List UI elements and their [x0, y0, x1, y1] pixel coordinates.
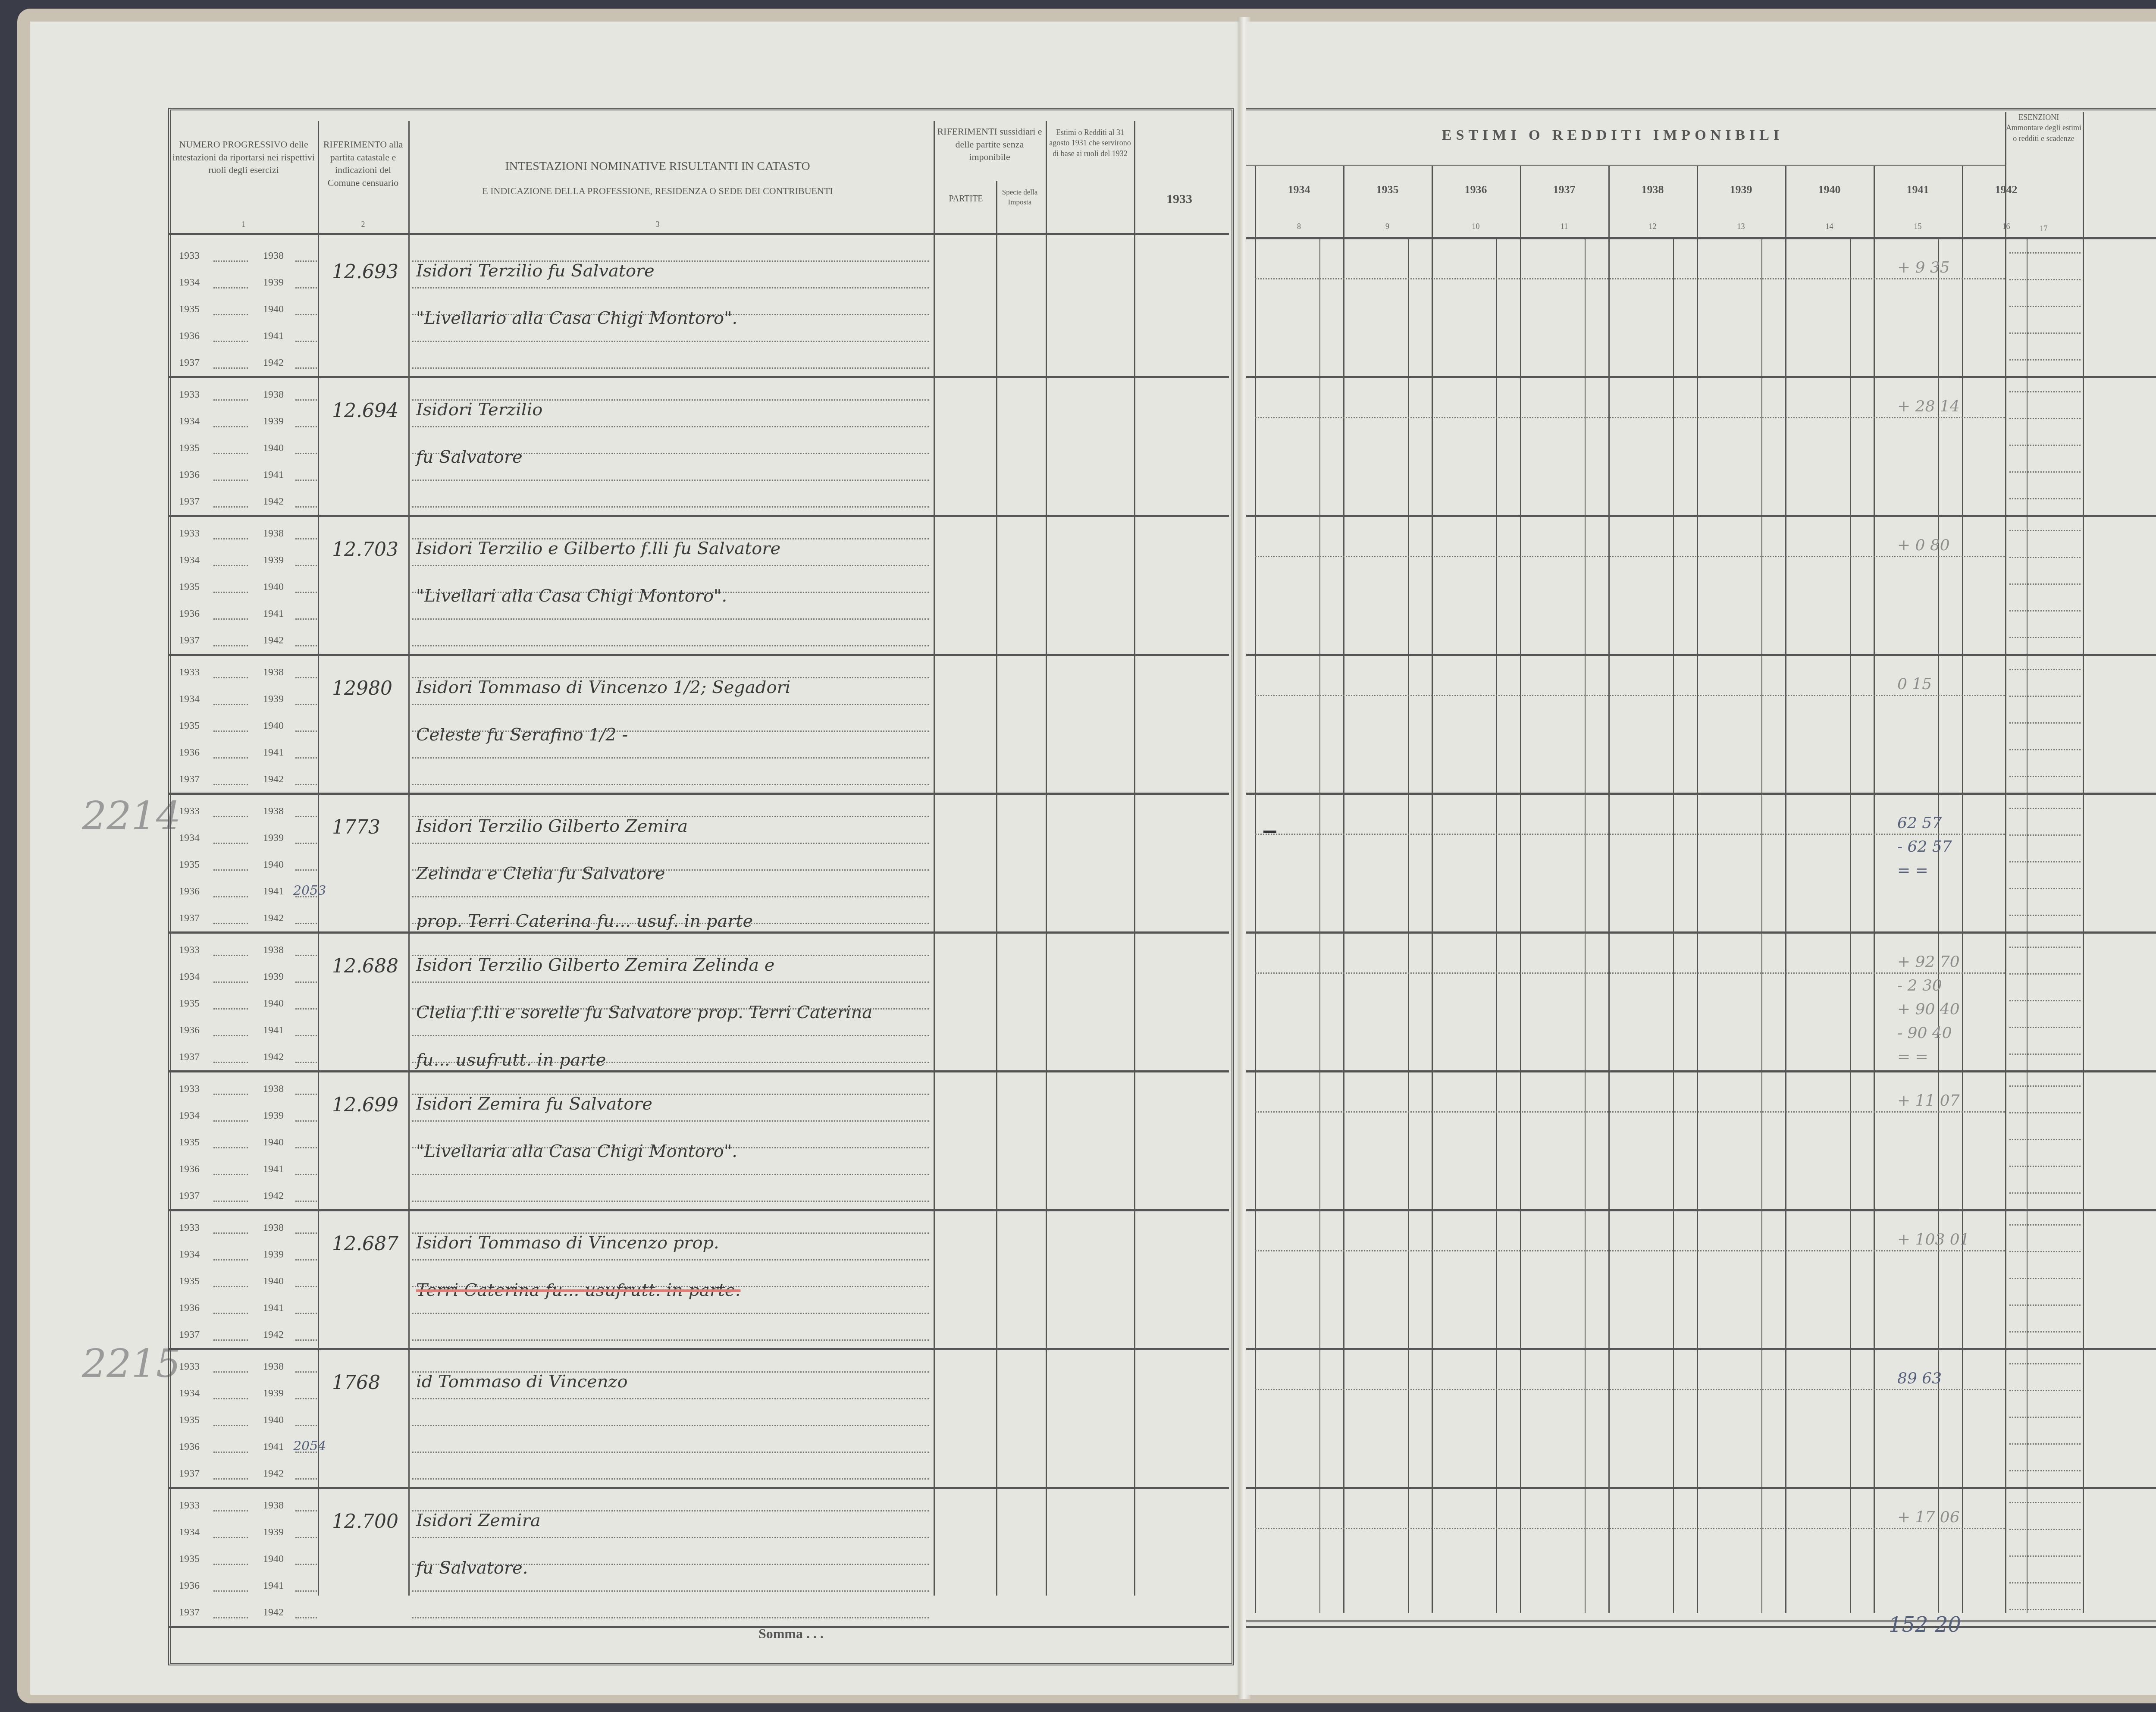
- dotted-rule: [2009, 915, 2081, 916]
- dotted-rule: [213, 1564, 248, 1565]
- dotted-rule: [2009, 359, 2081, 361]
- partita-number: 12.703: [332, 539, 398, 561]
- year-label: 1934: [179, 277, 200, 288]
- row-rule: [1246, 1209, 2156, 1211]
- year-label: 1936: [179, 1580, 200, 1592]
- column-number: 15: [1874, 222, 1962, 231]
- intestazione-line: fu... usufrutt. in parte: [416, 1050, 606, 1070]
- year-label: 1938: [263, 667, 284, 678]
- year-label: 1938: [263, 1361, 284, 1373]
- dotted-rule: [295, 314, 317, 315]
- year-label: 1942: [263, 1468, 284, 1480]
- column-divider: [1608, 166, 1610, 1613]
- dotted-rule: [295, 1147, 317, 1148]
- side-note: 2054: [293, 1439, 326, 1454]
- dotted-rule: [295, 1510, 317, 1511]
- dotted-rule: [213, 565, 248, 566]
- dotted-rule: [295, 677, 317, 678]
- dotted-rule: [295, 341, 317, 342]
- header-estimi-1931: Estimi o Redditi al 31 agosto 1931 che s…: [1047, 127, 1133, 159]
- dotted-rule: [295, 287, 317, 288]
- year-label: 1938: [263, 1500, 284, 1511]
- row-rule: [168, 515, 1229, 517]
- dotted-rule: [412, 367, 929, 369]
- dotted-rule: [2009, 1331, 2081, 1333]
- dotted-rule: [295, 1371, 317, 1373]
- header-riferimento: RIFERIMENTO alla partita catastale e ind…: [320, 138, 406, 189]
- year-label: 1941: [263, 747, 284, 759]
- dotted-rule: [213, 618, 248, 620]
- year-label: 1933: [179, 1083, 200, 1095]
- dotted-rule: [213, 731, 248, 732]
- year-label: 1935: [179, 1276, 200, 1287]
- dotted-rule: [412, 506, 929, 508]
- partita-number: 12.688: [332, 955, 398, 977]
- dotted-rule: [2009, 1443, 2081, 1445]
- year-label: 1933: [179, 806, 200, 817]
- dotted-rule: [412, 1313, 929, 1314]
- dash-mark: [1263, 831, 1276, 833]
- dotted-rule: [2009, 583, 2081, 585]
- dotted-rule: [213, 1120, 248, 1122]
- year-label: 1941: [263, 469, 284, 481]
- intestazione-line: Isidori Zemira: [416, 1511, 541, 1530]
- year-label: 1935: [179, 1553, 200, 1565]
- dotted-rule: [2009, 696, 2081, 697]
- cents-divider: [1408, 239, 1409, 1613]
- dotted-rule: [2009, 808, 2081, 809]
- year-label: 1939: [263, 1527, 284, 1538]
- dotted-rule: [213, 287, 248, 288]
- dotted-rule: [295, 1232, 317, 1234]
- dotted-rule: [2009, 332, 2081, 334]
- year-header: 1941: [1874, 183, 1962, 196]
- dotted-rule: [295, 1425, 317, 1426]
- dotted-rule: [412, 704, 929, 705]
- dotted-rule: [213, 1371, 248, 1373]
- year-label: 1935: [179, 581, 200, 593]
- year-label: 1940: [263, 859, 284, 871]
- dotted-rule: [295, 538, 317, 539]
- dotted-rule: [295, 1008, 317, 1010]
- dotted-rule: [213, 1510, 248, 1511]
- year-label: 1942: [263, 635, 284, 646]
- row-rule: [168, 1070, 1229, 1072]
- column-number: 12: [1608, 222, 1697, 231]
- year-header: 1934: [1255, 183, 1343, 196]
- dotted-rule: [213, 1008, 248, 1010]
- column-divider: [1785, 166, 1786, 1613]
- column-divider: [318, 121, 319, 1596]
- dotted-rule: [213, 955, 248, 956]
- column-number: 2: [320, 220, 406, 229]
- dotted-rule: [412, 480, 929, 481]
- dotted-rule: [2009, 530, 2081, 531]
- dotted-rule: [213, 506, 248, 508]
- column-divider: [1046, 121, 1047, 1596]
- dotted-rule: [2009, 418, 2081, 419]
- dotted-rule: [295, 816, 317, 817]
- dotted-rule: [412, 981, 929, 983]
- dotted-rule: [295, 592, 317, 593]
- value-1941: + 28 14: [1897, 398, 1960, 415]
- year-label: 1937: [179, 1607, 200, 1618]
- dotted-rule: [2009, 1609, 2081, 1610]
- year-label: 1933: [179, 1361, 200, 1373]
- header-riferimenti-sussidiari: RIFERIMENTI sussidiari e delle partite s…: [936, 125, 1044, 163]
- dotted-rule: [213, 923, 248, 924]
- year-label: 1941: [263, 1580, 284, 1592]
- dotted-rule: [213, 592, 248, 593]
- column-divider: [1432, 166, 1433, 1613]
- year-label: 1942: [263, 774, 284, 785]
- intestazione-line: Isidori Terzilio e Gilberto f.lli fu Sal…: [416, 539, 780, 558]
- dotted-rule: [295, 480, 317, 481]
- dotted-rule: [2009, 947, 2081, 948]
- year-label: 1940: [263, 1276, 284, 1287]
- dotted-rule: [2009, 1304, 2081, 1306]
- dotted-rule: [213, 1286, 248, 1287]
- intestazione-line: Clelia f.lli e sorelle fu Salvatore prop…: [416, 1003, 872, 1022]
- dotted-rule: [295, 1537, 317, 1538]
- row-rule: [1246, 1487, 2156, 1489]
- partita-number: 12.687: [332, 1233, 398, 1255]
- dotted-rule: [412, 843, 929, 844]
- dotted-rule: [1255, 834, 2005, 835]
- dotted-rule: [412, 1035, 929, 1036]
- somma-label: Somma . . .: [694, 1626, 824, 1642]
- partita-number: 12.699: [332, 1094, 398, 1116]
- dotted-rule: [2009, 1417, 2081, 1418]
- year-label: 1936: [179, 1441, 200, 1453]
- year-label: 1937: [179, 357, 200, 369]
- header-esenzioni: ESENZIONI — Ammontare degli estimi o red…: [2006, 112, 2081, 144]
- intestazione-line: "Livellari alla Casa Chigi Montoro".: [416, 586, 727, 606]
- dotted-rule: [2009, 749, 2081, 750]
- year-label: 1935: [179, 720, 200, 732]
- row-rule: [1246, 1626, 2156, 1628]
- partita-number: 12.694: [332, 400, 398, 422]
- year-label: 1935: [179, 859, 200, 871]
- dotted-rule: [2009, 1555, 2081, 1557]
- dotted-rule: [412, 1259, 929, 1260]
- column-divider: [1697, 166, 1698, 1613]
- dotted-rule: [213, 816, 248, 817]
- header-rule: [1246, 237, 2156, 239]
- dotted-rule: [213, 784, 248, 785]
- dotted-rule: [213, 260, 248, 262]
- year-label: 1940: [263, 998, 284, 1010]
- year-label: 1934: [179, 1249, 200, 1260]
- intestazione-line: Isidori Terzilio Gilberto Zemira: [416, 816, 688, 836]
- year-label: 1938: [263, 528, 284, 539]
- dotted-rule: [2009, 445, 2081, 446]
- dotted-rule: [295, 1564, 317, 1565]
- cents-divider: [1850, 239, 1851, 1613]
- year-label: 1937: [179, 1190, 200, 1202]
- year-label: 1935: [179, 1137, 200, 1148]
- dotted-rule: [412, 1120, 929, 1122]
- year-label: 1939: [263, 1388, 284, 1399]
- dotted-rule: [213, 1147, 248, 1148]
- dotted-rule: [2009, 1000, 2081, 1001]
- dotted-rule: [213, 1094, 248, 1095]
- dotted-rule: [2009, 1085, 2081, 1087]
- dotted-rule: [2009, 1251, 2081, 1252]
- year-label: 1937: [179, 1051, 200, 1063]
- year-label: 1942: [263, 357, 284, 369]
- dotted-rule: [2009, 1192, 2081, 1194]
- dotted-rule: [213, 1232, 248, 1234]
- year-label: 1942: [263, 1190, 284, 1202]
- dotted-rule: [2009, 1278, 2081, 1279]
- dotted-rule: [412, 1201, 929, 1202]
- dotted-rule: [295, 1617, 317, 1618]
- year-label: 1938: [263, 250, 284, 262]
- dotted-rule: [295, 1094, 317, 1095]
- dotted-rule: [2009, 1529, 2081, 1530]
- value-1941: = =: [1897, 1048, 1928, 1066]
- dotted-rule: [295, 1062, 317, 1063]
- header-1933: 1933: [1136, 192, 1222, 207]
- dotted-rule: [213, 677, 248, 678]
- dotted-rule: [213, 1259, 248, 1260]
- dotted-rule: [213, 704, 248, 705]
- year-label: 1938: [263, 389, 284, 401]
- dotted-rule: [295, 784, 317, 785]
- dotted-rule: [1255, 1111, 2005, 1113]
- dotted-rule: [295, 981, 317, 983]
- somma-1941-value: 152 20: [1889, 1613, 1961, 1637]
- year-label: 1938: [263, 1222, 284, 1234]
- dotted-rule: [295, 923, 317, 924]
- intestazione-line: id Tommaso di Vincenzo: [416, 1372, 628, 1392]
- year-label: 1942: [263, 1607, 284, 1618]
- right-page: Mod. 111 - Imposte Dirette (Intercalare)…: [1246, 22, 2156, 1695]
- dotted-rule: [213, 896, 248, 897]
- year-label: 1933: [179, 944, 200, 956]
- row-rule: [1246, 515, 2156, 517]
- dotted-rule: [2009, 471, 2081, 473]
- year-label: 1934: [179, 693, 200, 705]
- year-label: 1935: [179, 998, 200, 1010]
- dotted-rule: [412, 784, 929, 785]
- dotted-rule: [412, 1174, 929, 1175]
- header-specie-imposta: Specie della Imposta: [996, 188, 1044, 207]
- column-divider: [1874, 166, 1875, 1613]
- header-annotazioni: ANNOTAZIONI: [2085, 151, 2156, 164]
- value-1941: + 11 07: [1897, 1092, 1960, 1110]
- year-label: 1942: [263, 1329, 284, 1341]
- value-1941: + 92 70: [1897, 953, 1960, 971]
- dotted-rule: [213, 757, 248, 759]
- intestazione-line: "Livellario alla Casa Chigi Montoro".: [416, 308, 737, 328]
- year-header: 1935: [1343, 183, 1432, 196]
- year-label: 1940: [263, 1137, 284, 1148]
- value-1941: 89 63: [1897, 1370, 1942, 1387]
- year-label: 1936: [179, 886, 200, 897]
- cents-divider: [1673, 239, 1674, 1613]
- row-rule: [168, 1487, 1229, 1489]
- dotted-rule: [295, 1590, 317, 1592]
- dotted-rule: [1255, 1250, 2005, 1251]
- cents-divider: [1585, 239, 1586, 1613]
- intestazione-line: Isidori Zemira fu Salvatore: [416, 1094, 652, 1114]
- dotted-rule: [1255, 1389, 2005, 1390]
- column-number: 3: [410, 220, 906, 229]
- dotted-rule: [213, 981, 248, 983]
- row-rule: [168, 376, 1229, 378]
- column-divider: [1134, 121, 1135, 1596]
- dotted-rule: [2009, 1582, 2081, 1583]
- year-label: 1937: [179, 1468, 200, 1480]
- intestazione-line: Celeste fu Serafino 1/2 -: [416, 725, 628, 745]
- year-label: 1941: [263, 1302, 284, 1314]
- year-header: 1937: [1520, 183, 1608, 196]
- dotted-rule: [213, 1590, 248, 1592]
- value-1941: + 0 80: [1897, 536, 1950, 554]
- dotted-rule: [1255, 278, 2005, 279]
- row-rule: [168, 793, 1229, 795]
- dotted-rule: [295, 1398, 317, 1399]
- dotted-rule: [2009, 973, 2081, 975]
- header-intestazioni-sub: E INDICAZIONE DELLA PROFESSIONE, RESIDEN…: [410, 185, 906, 197]
- dotted-rule: [295, 506, 317, 508]
- value-1941: - 2 30: [1897, 977, 1942, 994]
- year-label: 1942: [263, 496, 284, 508]
- column-number: 11: [1520, 222, 1608, 231]
- column-divider: [1520, 166, 1521, 1613]
- year-label: 1941: [263, 1163, 284, 1175]
- dotted-rule: [2009, 861, 2081, 862]
- dotted-rule: [213, 1035, 248, 1036]
- row-rule: [168, 1209, 1229, 1211]
- header-numero-progressivo: NUMERO PROGRESSIVO delle intestazioni da…: [172, 138, 315, 176]
- row-rule: [1246, 1070, 2156, 1072]
- dotted-rule: [213, 1425, 248, 1426]
- column-number: 14: [1785, 222, 1874, 231]
- dotted-rule: [213, 453, 248, 454]
- dotted-rule: [213, 1313, 248, 1314]
- dotted-rule: [295, 565, 317, 566]
- year-label: 1933: [179, 1222, 200, 1234]
- dotted-rule: [213, 1537, 248, 1538]
- year-label: 1937: [179, 912, 200, 924]
- dotted-rule: [295, 1478, 317, 1480]
- dotted-rule: [2009, 1502, 2081, 1503]
- year-label: 1937: [179, 1329, 200, 1341]
- dotted-rule: [412, 565, 929, 566]
- column-divider: [934, 121, 935, 1596]
- cents-divider: [1938, 239, 1939, 1613]
- year-label: 1936: [179, 469, 200, 481]
- dotted-rule: [295, 1120, 317, 1122]
- row-rule: [168, 931, 1229, 934]
- row-rule: [1246, 1348, 2156, 1350]
- year-label: 1937: [179, 635, 200, 646]
- dotted-rule: [295, 453, 317, 454]
- dotted-rule: [2009, 1027, 2081, 1028]
- year-label: 1939: [263, 416, 284, 427]
- margin-note: 2215: [82, 1341, 181, 1386]
- row-rule: [168, 654, 1229, 656]
- margin-note: 2214: [82, 793, 181, 839]
- dotted-rule: [2009, 1390, 2081, 1391]
- year-label: 1934: [179, 832, 200, 844]
- dotted-rule: [295, 1174, 317, 1175]
- dotted-rule: [213, 869, 248, 871]
- column-number: 1: [172, 220, 315, 229]
- dotted-rule: [295, 731, 317, 732]
- year-label: 1941: [263, 1025, 284, 1036]
- year-label: 1933: [179, 667, 200, 678]
- column-divider: [2005, 112, 2006, 1613]
- dotted-rule: [213, 314, 248, 315]
- year-label: 1933: [179, 389, 200, 401]
- dotted-rule: [213, 1201, 248, 1202]
- row-rule: [1246, 654, 2156, 656]
- dotted-rule: [2009, 1470, 2081, 1471]
- year-label: 1934: [179, 971, 200, 983]
- cents-divider: [1761, 239, 1762, 1613]
- row-rule: [1246, 376, 2156, 378]
- value-1941: + 9 35: [1897, 259, 1950, 276]
- dotted-rule: [213, 1062, 248, 1063]
- register-grid-right: [1246, 108, 2156, 1622]
- column-divider: [408, 121, 410, 1596]
- year-label: 1940: [263, 442, 284, 454]
- year-label: 1939: [263, 693, 284, 705]
- intestazione-line: Zelinda e Clelia fu Salvatore: [416, 864, 665, 884]
- year-label: 1935: [179, 442, 200, 454]
- year-label: 1939: [263, 277, 284, 288]
- partita-number: 1768: [332, 1372, 380, 1394]
- dotted-rule: [1255, 972, 2005, 974]
- left-page: 2214 2215 NUMERO PROGRESSIVO delle intes…: [30, 22, 1240, 1695]
- value-1941: + 17 06: [1897, 1508, 1960, 1526]
- dotted-rule: [213, 645, 248, 646]
- dotted-rule: [2009, 498, 2081, 499]
- dotted-rule: [412, 1617, 929, 1618]
- section-title-estimi: ESTIMI O REDDITI IMPONIBILI: [1246, 127, 1979, 144]
- dotted-rule: [2009, 252, 2081, 254]
- dotted-rule: [412, 1398, 929, 1399]
- dotted-rule: [295, 1313, 317, 1314]
- dotted-rule: [412, 1590, 929, 1592]
- dotted-rule: [2009, 1166, 2081, 1167]
- form-model-label: Mod. 111 - Imposte Dirette (Intercalare)…: [1979, 60, 2156, 70]
- column-divider: [1255, 166, 1256, 1613]
- dotted-rule: [295, 869, 317, 871]
- year-label: 1940: [263, 581, 284, 593]
- header-intestazioni: INTESTAZIONI NOMINATIVE RISULTANTI IN CA…: [410, 160, 906, 173]
- dotted-rule: [2009, 834, 2081, 836]
- year-label: 1937: [179, 496, 200, 508]
- dotted-rule: [2009, 306, 2081, 307]
- column-number: 8: [1255, 222, 1343, 231]
- dotted-rule: [1255, 1528, 2005, 1529]
- year-label: 1936: [179, 608, 200, 620]
- dotted-rule: [295, 618, 317, 620]
- dotted-rule: [1255, 417, 2005, 418]
- intestazione-line: Isidori Tommaso di Vincenzo prop.: [416, 1233, 719, 1253]
- year-label: 1942: [263, 1051, 284, 1063]
- dotted-rule: [2009, 610, 2081, 611]
- intestazione-line: Isidori Tommaso di Vincenzo 1/2; Segador…: [416, 677, 790, 697]
- dotted-rule: [295, 1339, 317, 1341]
- dotted-rule: [2009, 888, 2081, 889]
- dotted-rule: [2009, 1139, 2081, 1140]
